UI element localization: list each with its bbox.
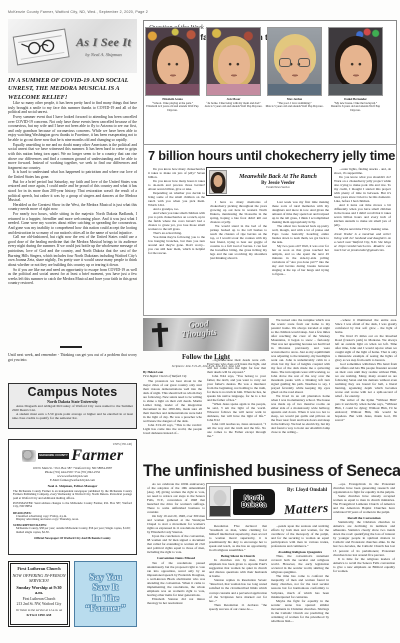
church-ad-radio-station: KTGO 1090 AM — [12, 613, 66, 617]
ranch-col-2: I have so many memories of chokecherry p… — [210, 200, 267, 314]
edition-line: McKenzie County Farmer, Watford City, ND… — [8, 10, 148, 14]
farmer-logo-name: Farmer — [71, 447, 123, 465]
ranch-headline: 7 billion hours until chokecherry jelly … — [148, 148, 396, 163]
seneca-col-3: ...pends upon the zealous and untiring e… — [271, 524, 329, 643]
respondent-caption: Elizabeth Acuna “School. I like playing … — [143, 98, 202, 113]
banner-word: Thoughts — [181, 327, 217, 339]
say-ad-line: “Farmer” — [85, 605, 126, 615]
farmer-logo-icon — [22, 450, 36, 462]
nd-matters-byline-box: North Dakota By: Lloyd Omdahl Matters — [206, 483, 332, 520]
column-logo-byline: by Neal A. Shipman — [72, 52, 135, 57]
respondent-caption: Avis Moser “At home. I like being with m… — [204, 98, 263, 109]
good-thoughts-col-4: ...where it illuminated the entire area.… — [335, 318, 397, 458]
ranch-col-3: Last week was my first time making these… — [272, 200, 329, 314]
ranch-column-title: Meanwhile Back At The Ranch — [227, 174, 330, 180]
good-thoughts-section: GoodThoughts Follow the Light Scriptures… — [143, 318, 397, 460]
masthead-postmaster: POSTMASTER: Send address changes to the … — [13, 502, 132, 509]
seneca-subhead: Convention Items Missed — [147, 556, 205, 560]
seneca-col-3-text: Thus, the convention's statement covered… — [271, 554, 329, 622]
good-thoughts-banner: GoodThoughts — [143, 318, 269, 351]
respondent-photo-4 — [328, 27, 383, 96]
masthead-editor: Neal A. Shipman, Editor-Manager — [13, 484, 132, 488]
author-church: First Baptist Church of Watford City — [143, 374, 203, 378]
ranch-col-1: Do you know how many chokecherries it ta… — [148, 167, 205, 314]
cross-icon — [152, 328, 168, 332]
seneca-col-2: Resolution Five declared that “inasmuch … — [209, 524, 267, 643]
respondent-photo-1 — [145, 27, 200, 96]
respondent-photo-3 — [267, 27, 322, 96]
campus-notes-note: A student must earn a 3.50 grade point a… — [12, 412, 133, 420]
campus-notes-box: Campus Notes North Dakota State Universi… — [8, 383, 137, 429]
say-ad-line: Saw It — [92, 584, 118, 594]
ranch-col-4: ...outer lights, finding snacks - and, o… — [334, 167, 391, 314]
seneca-byline: By: Lloyd Omdahl — [287, 488, 327, 493]
seneca-falls-section: The unfinished business of Seneca Falls … — [143, 462, 397, 643]
good-thoughts-author: By Helen Lean First Baptist Church of Wa… — [143, 370, 203, 378]
church-ad-title: First Lutheran Church — [12, 566, 66, 571]
newspaper-page: { "page": { "edition_line": "McKenzie Co… — [0, 0, 400, 643]
church-ad-subtitle: NOW OFFERING IN-PERSON SERVICES! — [12, 573, 66, 584]
respondent-photo-2 — [206, 27, 261, 96]
as-i-see-it-headline: IN A SUMMER OF COVID-19 AND SOCIAL UNRES… — [8, 77, 137, 102]
seneca-col-2-text: In churches run by men, literal emphasis… — [209, 558, 267, 610]
masthead-deadline-display: Display advertising and news copy: Thurs… — [13, 518, 132, 522]
jessie-veeder-headshot — [209, 170, 227, 194]
matters-script: Matters — [284, 500, 329, 518]
say-you-saw-it-ad: Say You Saw It In The “Farmer” — [74, 561, 137, 627]
farmer-logo-county: McKENZIE COUNTY — [38, 453, 70, 458]
campus-notes-title: Campus Notes — [12, 386, 133, 399]
farmer-logo: McKENZIE COUNTY Farmer — [13, 446, 132, 466]
campus-notes-item: Anna Dragseth and Abbigail McCauley of W… — [12, 404, 133, 412]
seneca-col-1-text: Ten of the resolutions passed unanimousl… — [147, 561, 205, 605]
say-ad-line: In The — [92, 595, 119, 605]
respondent-detail: Daniel is 6 years old and attends Wolf P… — [326, 105, 385, 112]
ranch-byline: By Jessie Veeder — [227, 181, 330, 186]
seneca-col-4-text: ...ops. Evangelicals in the Protestant c… — [333, 482, 395, 514]
column-end-divider — [60, 346, 82, 348]
seneca-subhead: Recall the Convention — [333, 516, 395, 520]
good-thoughts-col-1: The protestors we hear about in the majo… — [143, 379, 202, 458]
seneca-headline: The unfinished business of Seneca Falls — [143, 462, 397, 481]
north-dakota-logo: North Dakota — [233, 489, 275, 515]
lloyd-omdahl-portrait — [209, 486, 231, 517]
seneca-subhead: Being Silent in Church — [209, 554, 267, 558]
respondent-caption: Daniel Hernandez “My new house. I like t… — [326, 98, 385, 113]
seneca-col-4-text: Statistically, the Christian churches in… — [333, 520, 395, 572]
respondent-detail: Elizabeth is 6 years old and attends Wol… — [143, 105, 202, 112]
good-thoughts-col-3: We turned onto the turnpike which was th… — [271, 318, 330, 458]
church-ad-name: First Lutheran Church — [12, 597, 66, 601]
masthead-official-line: Official Newspaper Of Watford City And M… — [13, 536, 132, 540]
church-ad-address: 213 2nd St. NW, Watford City — [12, 602, 66, 606]
respondent-caption: Max Jordan “The pool. I love swimming.” … — [265, 98, 324, 109]
seneca-col-4: ...ops. Evangelicals in the Protestant c… — [333, 482, 395, 643]
ranch-byline-box: Meanwhile Back At The Ranch By Jessie Ve… — [206, 167, 332, 196]
ranch-column-section: 7 billion hours until chokecherry jelly … — [143, 144, 397, 316]
as-i-see-it-closing: Until next week, and remember - Thinking… — [8, 353, 137, 362]
cross-icon — [157, 323, 162, 347]
nd-logo-word: Dakota — [241, 502, 266, 509]
respondent-detail: Avis is 5 years old and attends Wolf Pup… — [204, 105, 263, 109]
as-i-see-it-logo: As I See It by Neal A. Shipman — [8, 19, 137, 73]
respondent-detail: Max is 5 years old and attends Wolf Pup … — [265, 105, 324, 109]
nd-logo-word: North — [244, 495, 264, 502]
as-i-see-it-body: Like so many other people, it has been p… — [8, 101, 137, 341]
seneca-col-1-text: As we celebrate the 100th anniversary of… — [147, 482, 205, 554]
ranch-author-bio: Jessie Veeder is a musician and writer l… — [334, 232, 391, 252]
seneca-col-1: As we celebrate the 100th anniversary of… — [147, 482, 205, 643]
say-ad-line: Say You — [89, 574, 122, 584]
newspaper-glasses-icon — [10, 23, 72, 69]
masthead-email: E-Mail: farmer@watfordcitynd.com — [13, 478, 132, 482]
masthead-about: The McKenzie County Farmer is an indepen… — [13, 490, 132, 501]
good-thoughts-col-2: ...light because their deeds were evil. … — [207, 358, 266, 458]
seneca-col-2-text: Resolution Five declared that “inasmuch … — [209, 524, 267, 552]
church-ad-service-time: Sunday Worship at 9:30 a.m. — [12, 585, 66, 595]
masthead-box: USPS (358-140) McKENZIE COUNTY Farmer 10… — [8, 439, 137, 555]
ranch-byline-sub: Forum News Service — [227, 186, 330, 189]
ranch-col-4-text: ...outer lights, finding snacks - and, o… — [334, 167, 391, 231]
seneca-col-3-text: ...pends upon the zealous and untiring e… — [271, 524, 329, 548]
masthead-subscription-rates: McKenzie County, $38 per year; outside M… — [13, 527, 132, 534]
seneca-subhead: Avoiding Religious Quagmire — [271, 550, 329, 554]
church-ad-radio-note: Or listen to the service at 11 a.m. on — [12, 608, 66, 612]
church-ad: First Lutheran Church NOW OFFERING IN-PE… — [8, 561, 70, 627]
column-logo-title: As I See It — [72, 35, 135, 50]
